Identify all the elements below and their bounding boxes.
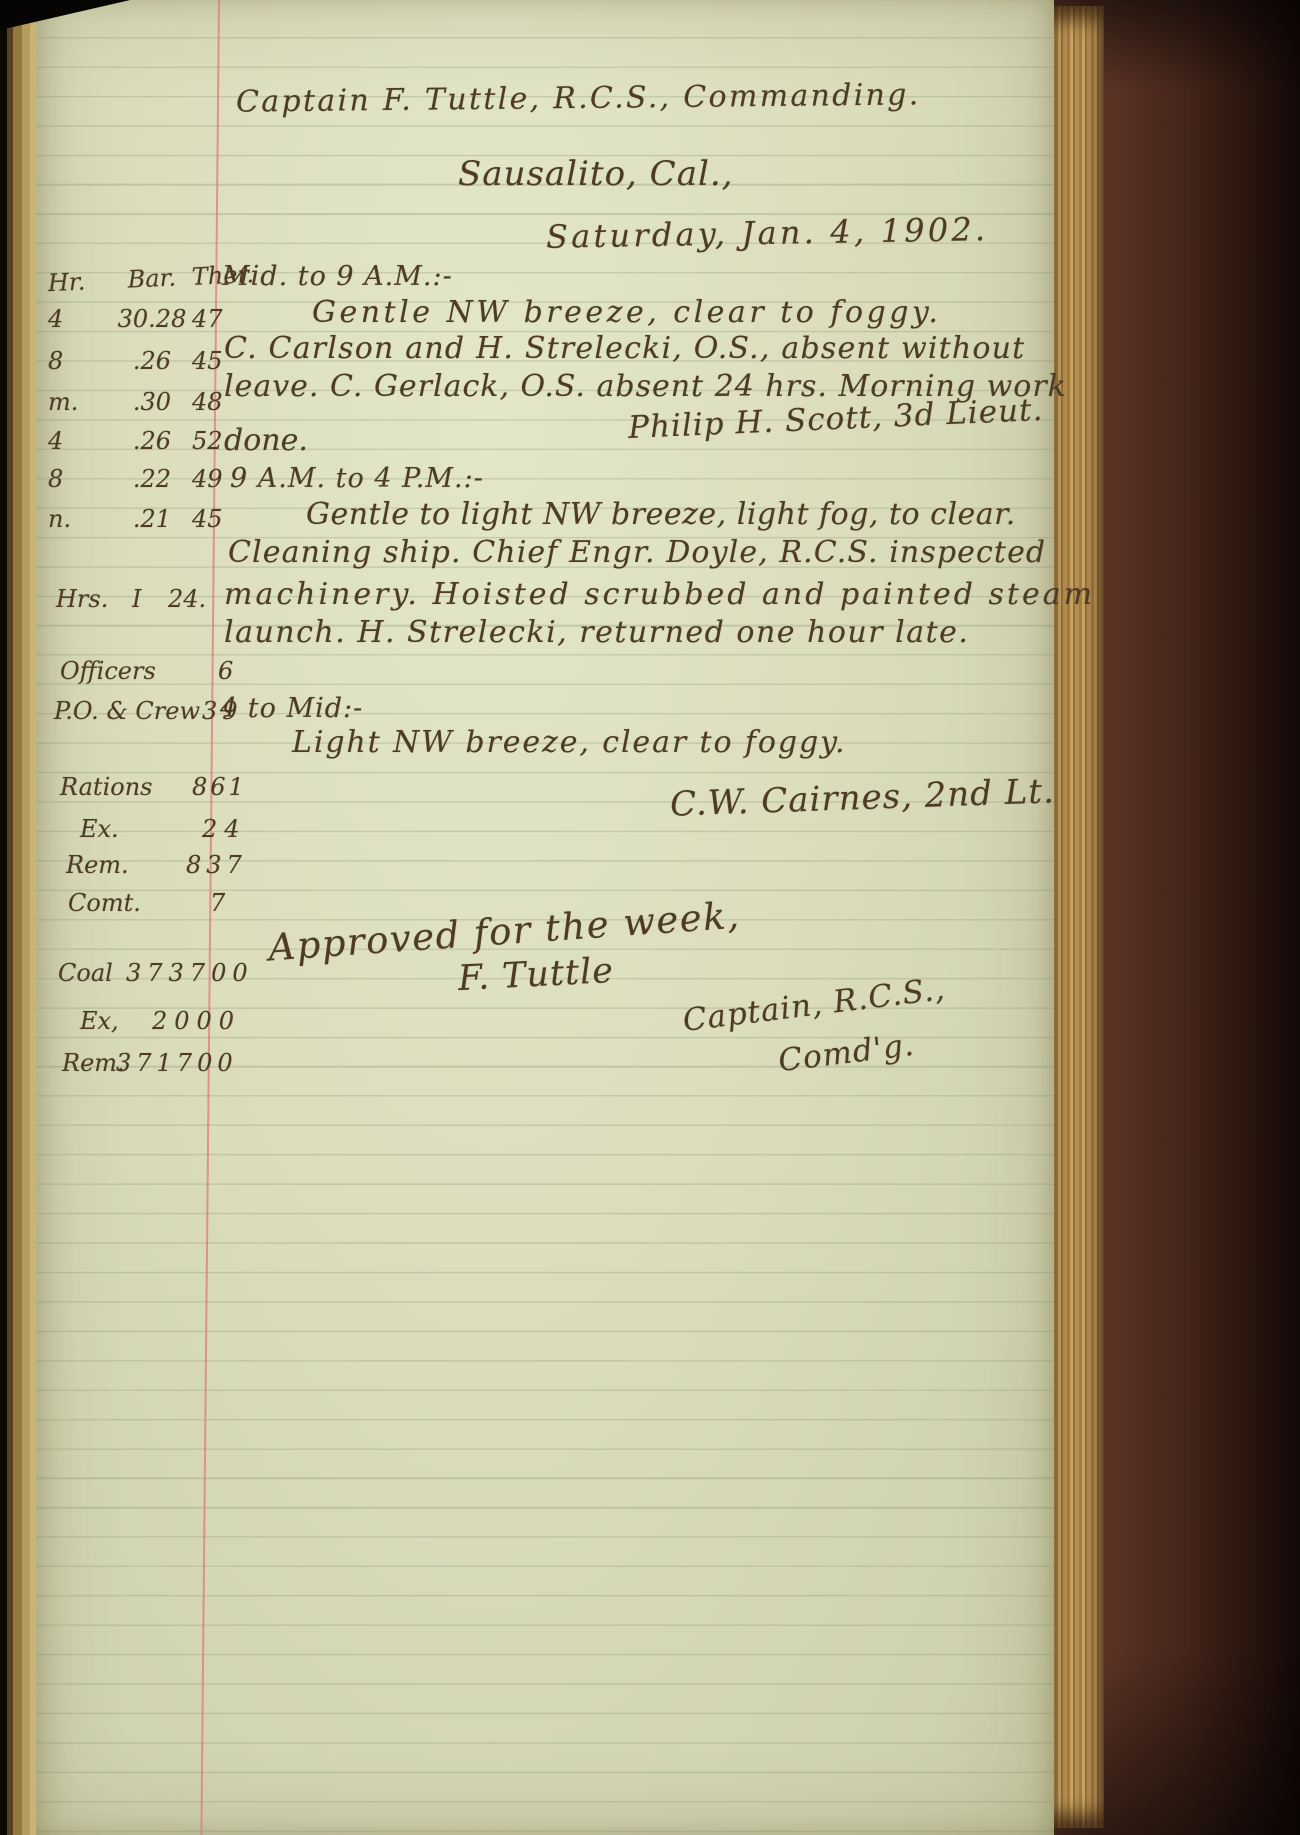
stat-label: Officers [60,658,156,684]
stat-label: Ex. [80,816,119,842]
weather-bar: .21 [104,506,200,532]
stat-value: 7 [210,890,225,916]
weather-col-bar: Bar. [103,264,200,295]
signature-f-tuttle: F. Tuttle [457,952,615,999]
stat-label: Ex, [80,1008,119,1034]
header-date-line: Saturday, Jan. 4, 1902. [546,212,989,255]
weather-bar: .26 [104,428,200,454]
stat-po-crew: P.O. & Crew 39 [46,698,246,734]
weather-ther: 45 [192,348,223,374]
weather-ther: 47 [192,306,223,332]
weather-hr: m. [48,389,78,415]
weather-row: m. .30 48 [46,389,241,423]
watch3-heading: 4 to Mid:- [220,694,363,724]
stat-label: Rem. [66,852,129,878]
stat-value: 2000 [152,1008,241,1034]
weather-ther: 49 [192,466,223,492]
logbook-page: Captain F. Tuttle, R.C.S., Commanding. S… [30,0,1054,1835]
stat-coal-remaining: Rem. 371700 [46,1050,246,1086]
weather-bar: .22 [104,466,200,492]
stat-label: Hrs. I [56,586,141,612]
watch3-line: Light NW breeze, clear to foggy. [292,726,846,759]
stat-value: 371700 [116,1050,238,1076]
weather-ther: 45 [192,506,223,532]
watch1-line: C. Carlson and H. Strelecki, O.S., absen… [224,332,1025,365]
watch1-heading: Mid. to 9 A.M.:- [222,262,453,292]
weather-col-hr: Hr. [47,269,86,297]
watch2-line: launch. H. Strelecki, returned one hour … [224,616,969,649]
stat-rations-remaining: Rem. 837 [46,852,246,888]
weather-bar: 30.28 [104,306,200,332]
weather-ther: 52 [192,428,223,454]
watch1-line: done. [224,424,308,457]
weather-hr: 8 [48,348,63,374]
weather-bar: .30 [104,389,200,415]
weather-hr: 8 [48,466,63,492]
stat-label: Comt. [68,890,141,916]
watch2-line: machinery. Hoisted scrubbed and painted … [224,578,1095,611]
stat-value: 837 [186,852,247,878]
stat-officers: Officers 6 [46,658,246,694]
stat-rations-expended: Ex. 24 [46,816,246,852]
weather-row: 8 .26 45 [46,348,241,382]
stat-label: P.O. & Crew [54,698,200,724]
photo-corner-shadow [0,0,130,30]
stat-comt: Comt. 7 [46,890,246,926]
weather-row: 4 .26 52 [46,428,241,462]
watch1-line: Gentle NW breeze, clear to foggy. [312,296,941,329]
weather-row: n. .21 45 [46,506,241,540]
weather-ther: 48 [192,389,223,415]
watch2-line: Cleaning ship. Chief Engr. Doyle, R.C.S.… [228,536,1046,569]
stat-value: 24 [202,816,247,842]
header-location-line: Sausalito, Cal., [458,156,733,193]
weather-row: 8 .22 49 [46,466,241,500]
header-captain-line: Captain F. Tuttle, R.C.S., Commanding. [236,78,921,118]
stat-value: 373700 [126,960,254,986]
watch2-line: Gentle to light NW breeze, light fog, to… [306,498,1016,531]
page-edge-stack [1046,6,1104,1828]
stat-label: Coal [58,960,113,986]
weather-hr: 4 [48,306,63,332]
stat-value: 6 [218,658,233,684]
stat-rations: Rations 861 [46,774,246,810]
stat-hours: Hrs. I 24. [46,586,246,622]
weather-bar: .26 [104,348,200,374]
weather-hr: n. [48,506,71,532]
stat-label: Rations [60,774,152,800]
book-binding [0,0,36,1835]
logbook-photo: Captain F. Tuttle, R.C.S., Commanding. S… [0,0,1300,1835]
watch2-heading: 9 A.M. to 4 P.M.:- [230,464,484,494]
weather-row: 4 30.28 47 [46,306,241,340]
stat-coal: Coal 373700 [46,960,246,996]
stat-value: 861 [192,774,247,800]
weather-hr: 4 [48,428,63,454]
stat-coal-expended: Ex, 2000 [46,1008,246,1044]
stat-value: 24. [168,586,206,612]
